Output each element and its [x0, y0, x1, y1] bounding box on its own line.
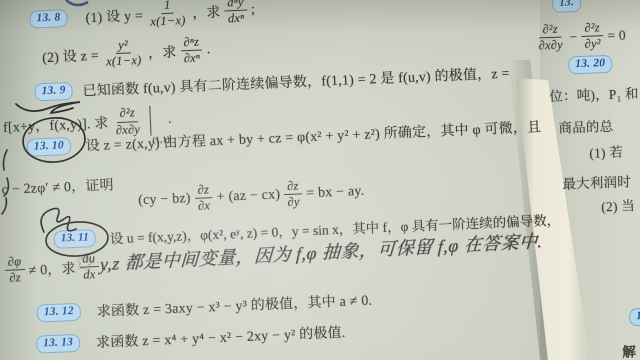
math-text: (1) 设 y =: [85, 5, 143, 27]
fraction-numerator: 1: [161, 0, 174, 14]
adjacent-line-units: 位：吨)，P₁ 和: [549, 82, 639, 105]
textbook-photo: 13. 8 (1) 设 y = 1x(1−x) ，求 dⁿydxⁿ ; (2) …: [0, 0, 640, 360]
fraction-denominator: ∂z: [6, 270, 24, 285]
adjacent-line-goods: 商品的总: [558, 115, 613, 137]
problem-text: 位：吨)，P₁ 和: [549, 82, 639, 105]
adjacent-partial-badge-top: 13.: [552, 0, 582, 13]
fraction-denominator: ∂y: [284, 195, 303, 210]
math-text: .: [206, 42, 210, 58]
fraction-denominator: x(1−x): [103, 53, 145, 69]
fraction-numerator: ∂ⁿz: [180, 35, 202, 51]
problem-badge-13-9: 13. 9: [34, 82, 73, 102]
fraction-numerator: ∂²z: [581, 21, 603, 37]
problem-13-8-line2: (2) 设 z = y²x(1−x) ，求 ∂ⁿz∂xⁿ .: [42, 35, 211, 71]
fraction-denominator: dxⁿ: [225, 11, 248, 26]
evaluation-bar: [149, 106, 151, 136]
math-text: + (az − cx): [216, 187, 280, 206]
fraction: ∂ⁿz∂xⁿ: [180, 35, 203, 65]
fraction-numerator: ∂z: [194, 183, 212, 199]
adjacent-equation: ∂²z∂x∂y − ∂²z∂y² = 0: [531, 20, 626, 53]
math-text: ，求: [192, 1, 221, 22]
problem-badge-13-20: 13. 20: [568, 55, 613, 75]
math-text: −: [569, 29, 577, 45]
adjacent-line-item1: (1) 若: [589, 141, 623, 162]
adjacent-line-profit: 最大利润时: [562, 170, 631, 192]
fraction: ∂²z∂x∂y: [535, 23, 566, 53]
problem-text: (2) 当: [601, 194, 635, 215]
math-text: ，求: [148, 41, 177, 62]
problem-text: 商品的总: [558, 115, 613, 137]
fraction-numerator: ∂φ: [4, 255, 24, 271]
problem-badge-partial: 13: [629, 308, 640, 327]
problem-13-10-equation: (cy − bz) ∂z∂x + (az − cx) ∂z∂y = bx − a…: [138, 177, 365, 216]
problem-badge-13-12: 13. 12: [37, 303, 82, 323]
fraction: ∂φ∂z: [4, 255, 25, 285]
problem-badge-13-11: 13. 11: [53, 229, 96, 249]
problem-text: 解: [622, 340, 636, 360]
adjacent-line-item2: (2) 当: [601, 194, 635, 215]
fraction-numerator: ∂z: [284, 179, 302, 195]
fraction-numerator: y²: [115, 38, 131, 54]
fraction-denominator: ∂x∂y: [535, 38, 566, 53]
math-text: .: [168, 112, 172, 128]
adjacent-page-content: 13. ∂²z∂x∂y − ∂²z∂y² = 0 13. 20 ( 位：吨)，P…: [522, 0, 640, 360]
math-text: (2) 设 z =: [42, 44, 100, 66]
fraction: ∂z∂y: [284, 179, 303, 209]
math-text: ;: [251, 2, 256, 18]
fraction-denominator: ∂y²: [581, 36, 604, 51]
math-text: = 0: [607, 27, 626, 44]
problem-text: 最大利润时: [562, 170, 631, 192]
fraction: ∂²z∂y²: [581, 21, 604, 51]
problem-text: (1) 若: [589, 141, 623, 162]
fraction: dⁿydxⁿ: [224, 0, 248, 26]
problem-badge-13-8: 13. 8: [29, 9, 68, 29]
problem-badge-13-10: 13. 10: [27, 137, 72, 157]
problem-badge-partial: 13.: [552, 0, 582, 13]
math-text: (cy − bz): [138, 191, 191, 209]
fraction: y²x(1−x): [102, 38, 145, 69]
problem-13-10-line2: c − 2zφ′ ≠ 0，证明: [1, 174, 114, 199]
fraction-numerator: ∂²z: [539, 23, 561, 39]
problem-13-12-line1: 13. 12 求函数 z = 3axy − x³ − y³ 的极值，其中 a ≠…: [36, 290, 372, 324]
math-text: = bx − ay.: [306, 183, 365, 201]
math-text: c − 2zφ′ ≠ 0，证明: [1, 174, 114, 199]
fraction-denominator: ∂x: [195, 198, 214, 213]
fraction-numerator: ∂²z: [116, 107, 138, 123]
problem-text: 已知函数 f(u,v) 具有二阶连续偏导数，f(1,1) = 2 是 f(u,v…: [82, 63, 510, 101]
problem-13-8-line1: 13. 8 (1) 设 y = 1x(1−x) ，求 dⁿydxⁿ ;: [29, 0, 256, 34]
problem-text: 求函数 z = 3axy − x³ − y³ 的极值，其中 a ≠ 0.: [96, 290, 372, 322]
fraction: 1x(1−x): [146, 0, 189, 29]
fraction: ∂z∂x: [194, 183, 213, 213]
math-text: f[x+y，f(x,y)]. 求: [3, 112, 109, 136]
fraction-denominator: ∂xⁿ: [180, 51, 203, 66]
fraction-denominator: x(1−x): [147, 13, 189, 29]
adjacent-line-solve: 解: [622, 340, 636, 360]
problem-badge-13-13: 13. 13: [36, 334, 81, 354]
adjacent-badge-13-20-row: 13. 20 (: [568, 53, 640, 74]
adjacent-partial-badge-bottom: 13: [629, 308, 640, 327]
math-text: ≠ 0，求: [28, 258, 76, 280]
